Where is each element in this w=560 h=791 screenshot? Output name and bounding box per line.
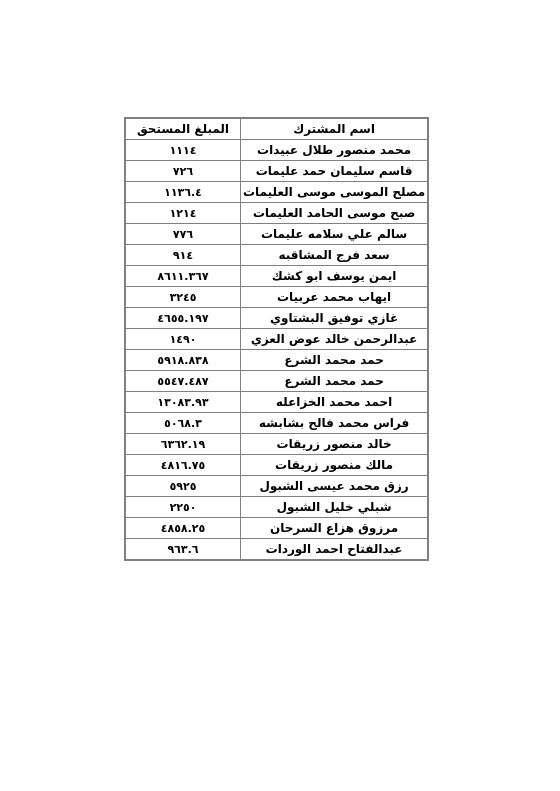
subscriber-name-cell: خالد منصور زريقات	[241, 434, 429, 455]
header-subscriber-name: اسم المشترك	[241, 118, 429, 140]
subscriber-name-cell: مصلح الموسى موسى العليمات	[241, 182, 429, 203]
subscriber-name-cell: غازي توفيق البشتاوي	[241, 308, 429, 329]
table-row: عبدالفتاح احمد الوردات ٩٦٣.٦	[125, 539, 428, 561]
subscriber-name-cell: رزق محمد عيسى الشبول	[241, 476, 429, 497]
table-row: حمد محمد الشرع ٥٥٤٧.٤٨٧	[125, 371, 428, 392]
table-body: محمد منصور طلال عبيدات ١١١٤ قاسم سليمان …	[125, 140, 428, 561]
subscriber-name-cell: فراس محمد فالح بشابشه	[241, 413, 429, 434]
amount-due-cell: ٩٦٣.٦	[125, 539, 241, 561]
amount-due-cell: ٤٦٥٥.١٩٧	[125, 308, 241, 329]
table-row: شبلي خليل الشبول ٢٢٥٠	[125, 497, 428, 518]
subscriber-name-cell: عبدالفتاح احمد الوردات	[241, 539, 429, 561]
amount-due-cell: ٢٢٥٠	[125, 497, 241, 518]
subscriber-name-cell: سالم علي سلامه عليمات	[241, 224, 429, 245]
subscriber-name-cell: عبدالرحمن خالد عوض العزي	[241, 329, 429, 350]
table-row: صبح موسى الحامد العليمات ١٢١٤	[125, 203, 428, 224]
subscriber-name-cell: حمد محمد الشرع	[241, 350, 429, 371]
amount-due-cell: ١١١٤	[125, 140, 241, 161]
subscriber-name-cell: حمد محمد الشرع	[241, 371, 429, 392]
table-header: اسم المشترك المبلغ المستحق	[125, 118, 428, 140]
amount-due-cell: ٣٢٤٥	[125, 287, 241, 308]
table-row: ايمن يوسف ابو كشك ٨٦١١.٣٦٧	[125, 266, 428, 287]
table-row: غازي توفيق البشتاوي ٤٦٥٥.١٩٧	[125, 308, 428, 329]
amount-due-cell: ٤٨٥٨.٢٥	[125, 518, 241, 539]
table-row: عبدالرحمن خالد عوض العزي ١٤٩٠	[125, 329, 428, 350]
amount-due-cell: ٤٨١٦.٧٥	[125, 455, 241, 476]
table-row: مالك منصور زريقات ٤٨١٦.٧٥	[125, 455, 428, 476]
header-amount-due: المبلغ المستحق	[125, 118, 241, 140]
amount-due-cell: ١٤٩٠	[125, 329, 241, 350]
subscribers-table: اسم المشترك المبلغ المستحق محمد منصور طل…	[124, 117, 429, 561]
table-row: فراس محمد فالح بشابشه ٥٠٦٨.٣	[125, 413, 428, 434]
subscriber-name-cell: ايهاب محمد عربيات	[241, 287, 429, 308]
amount-due-cell: ٧٢٦	[125, 161, 241, 182]
amount-due-cell: ١٢١٤	[125, 203, 241, 224]
table-row: خالد منصور زريقات ٦٣٦٢.١٩	[125, 434, 428, 455]
amount-due-cell: ٨٦١١.٣٦٧	[125, 266, 241, 287]
subscriber-name-cell: شبلي خليل الشبول	[241, 497, 429, 518]
amount-due-cell: ٥٥٤٧.٤٨٧	[125, 371, 241, 392]
amount-due-cell: ٧٧٦	[125, 224, 241, 245]
table-row: سالم علي سلامه عليمات ٧٧٦	[125, 224, 428, 245]
header-row: اسم المشترك المبلغ المستحق	[125, 118, 428, 140]
table-row: ايهاب محمد عربيات ٣٢٤٥	[125, 287, 428, 308]
subscriber-name-cell: ايمن يوسف ابو كشك	[241, 266, 429, 287]
table-row: مرزوق هزاع السرحان ٤٨٥٨.٢٥	[125, 518, 428, 539]
amount-due-cell: ٦٣٦٢.١٩	[125, 434, 241, 455]
table-row: رزق محمد عيسى الشبول ٥٩٢٥	[125, 476, 428, 497]
table-row: مصلح الموسى موسى العليمات ١١٣٦.٤	[125, 182, 428, 203]
amount-due-cell: ١١٣٦.٤	[125, 182, 241, 203]
table-row: حمد محمد الشرع ٥٩١٨.٨٣٨	[125, 350, 428, 371]
subscriber-name-cell: مالك منصور زريقات	[241, 455, 429, 476]
table-row: قاسم سليمان حمد عليمات ٧٢٦	[125, 161, 428, 182]
amount-due-cell: ٥٩١٨.٨٣٨	[125, 350, 241, 371]
subscriber-name-cell: سعد فرج المشاقبه	[241, 245, 429, 266]
subscriber-name-cell: احمد محمد الخزاعله	[241, 392, 429, 413]
subscriber-name-cell: مرزوق هزاع السرحان	[241, 518, 429, 539]
amount-due-cell: ٩١٤	[125, 245, 241, 266]
amount-due-cell: ١٣٠٨٣.٩٣	[125, 392, 241, 413]
amount-due-cell: ٥٩٢٥	[125, 476, 241, 497]
table-row: احمد محمد الخزاعله ١٣٠٨٣.٩٣	[125, 392, 428, 413]
subscriber-name-cell: محمد منصور طلال عبيدات	[241, 140, 429, 161]
subscriber-name-cell: قاسم سليمان حمد عليمات	[241, 161, 429, 182]
subscriber-name-cell: صبح موسى الحامد العليمات	[241, 203, 429, 224]
table-row: محمد منصور طلال عبيدات ١١١٤	[125, 140, 428, 161]
table-row: سعد فرج المشاقبه ٩١٤	[125, 245, 428, 266]
document-page: اسم المشترك المبلغ المستحق محمد منصور طل…	[0, 0, 560, 791]
amount-due-cell: ٥٠٦٨.٣	[125, 413, 241, 434]
